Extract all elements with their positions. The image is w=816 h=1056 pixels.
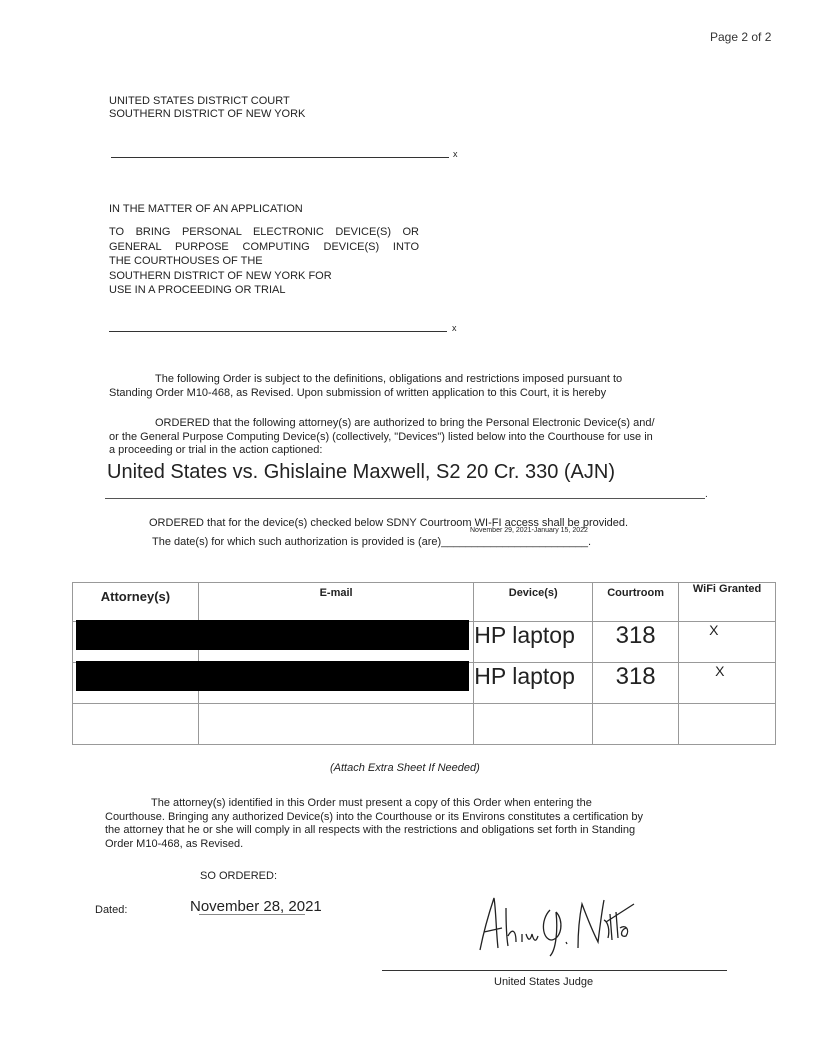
device-cell: HP laptop <box>474 622 593 663</box>
caption-rule-bottom <box>109 331 447 332</box>
courtroom-cell: 318 <box>593 622 679 663</box>
text-line: The following Order is subject to the de… <box>155 373 622 385</box>
courtroom-cell: 318 <box>593 663 679 704</box>
matter-line: TO BRING PERSONAL ELECTRONIC DEVICE(S) O… <box>109 225 419 240</box>
text-line: the attorney that he or she will comply … <box>105 824 643 838</box>
dated-label: Dated: <box>95 904 127 916</box>
header-email: E-mail <box>198 583 473 622</box>
attorney-cell <box>73 704 199 745</box>
attach-note: (Attach Extra Sheet If Needed) <box>330 762 480 774</box>
matter-line: SOUTHERN DISTRICT OF NEW YORK FOR <box>109 269 419 284</box>
caption-x-bottom: x <box>452 323 457 333</box>
device-cell <box>474 704 593 745</box>
text-line: Order M10-468, as Revised. <box>105 838 643 852</box>
case-title: United States vs. Ghislaine Maxwell, S2 … <box>107 461 615 484</box>
case-period: . <box>705 489 708 500</box>
text-line: or the General Purpose Computing Device(… <box>109 431 655 445</box>
dates-label: The date(s) for which such authorization… <box>152 536 591 550</box>
court-name: UNITED STATES DISTRICT COURT <box>109 95 305 108</box>
dated-value: November 28, 2021 <box>190 898 322 915</box>
text-line: Courthouse. Bringing any authorized Devi… <box>105 811 643 825</box>
wifi-cell: X <box>679 663 776 704</box>
header-wifi: WiFi Granted <box>679 583 776 622</box>
wifi-cell: X <box>679 622 776 663</box>
case-rule <box>105 498 705 499</box>
text-line: ORDERED that the following attorney(s) a… <box>155 417 655 429</box>
text-line: Standing Order M10-468, as Revised. Upon… <box>109 387 622 401</box>
text-line: a proceeding or trial in the action capt… <box>109 444 655 458</box>
text-line: The attorney(s) identified in this Order… <box>151 797 592 809</box>
page-number: Page 2 of 2 <box>710 30 771 44</box>
district-name: SOUTHERN DISTRICT OF NEW YORK <box>109 108 305 121</box>
date-underline <box>199 914 305 915</box>
device-cell: HP laptop <box>474 663 593 704</box>
header-devices: Device(s) <box>474 583 593 622</box>
caption-rule-top <box>111 157 449 158</box>
header-courtroom: Courtroom <box>593 583 679 622</box>
matter-line: USE IN A PROCEEDING OR TRIAL <box>109 283 419 298</box>
matter-description: TO BRING PERSONAL ELECTRONIC DEVICE(S) O… <box>109 225 419 298</box>
authorized-dates: November 29, 2021-January 15, 2022 <box>470 527 588 534</box>
court-heading: UNITED STATES DISTRICT COURT SOUTHERN DI… <box>109 95 305 121</box>
caption-x-top: x <box>453 149 458 159</box>
signature-line <box>382 970 727 971</box>
courtroom-cell <box>593 704 679 745</box>
paragraph-ordered: ORDERED that the following attorney(s) a… <box>109 417 655 458</box>
matter-title: IN THE MATTER OF AN APPLICATION <box>109 203 303 216</box>
paragraph-certification: The attorney(s) identified in this Order… <box>105 797 643 851</box>
table-header-row: Attorney(s) E-mail Device(s) Courtroom W… <box>73 583 776 622</box>
redaction-bar <box>76 620 469 650</box>
header-attorney: Attorney(s) <box>73 583 199 622</box>
wifi-cell <box>679 704 776 745</box>
redaction-bar <box>76 661 469 691</box>
table-row <box>73 704 776 745</box>
judge-title: United States Judge <box>494 976 593 988</box>
matter-line: GENERAL PURPOSE COMPUTING DEVICE(S) INTO <box>109 240 419 255</box>
matter-line: THE COURTHOUSES OF THE <box>109 254 419 269</box>
judge-signature <box>470 890 640 960</box>
so-ordered: SO ORDERED: <box>200 870 277 882</box>
paragraph-standing-order: The following Order is subject to the de… <box>109 373 622 400</box>
email-cell <box>198 704 473 745</box>
